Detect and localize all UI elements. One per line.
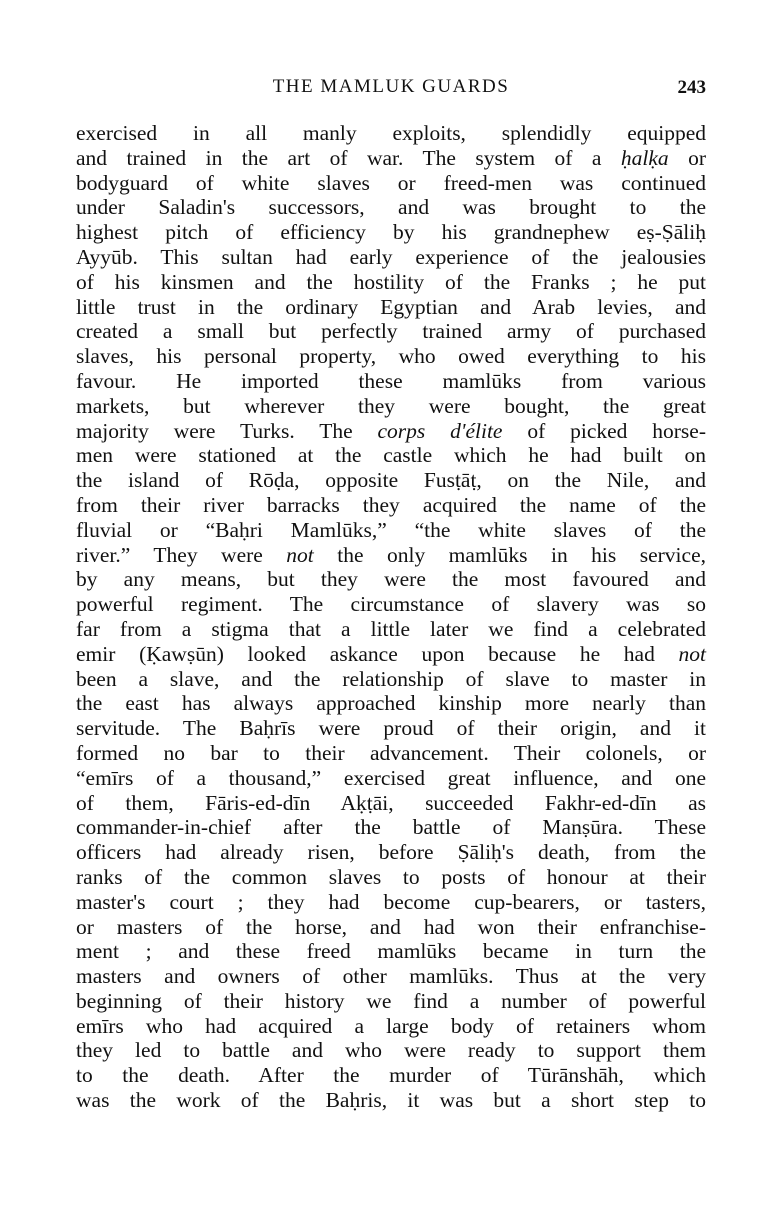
text-line: exercised in all manly exploits, splendi… [76, 121, 706, 146]
text-line: the east has always approached kinship m… [76, 691, 706, 716]
text-line: Ayyūb. This sultan had early experience … [76, 245, 706, 270]
text-line: river.” They were not the only mamlūks i… [76, 543, 706, 568]
text-line: of his kinsmen and the hostility of the … [76, 270, 706, 295]
text-line: bodyguard of white slaves or freed-men w… [76, 171, 706, 196]
running-title: THE MAMLUK GUARDS [76, 76, 706, 98]
text-line: or masters of the horse, and had won the… [76, 915, 706, 940]
text-line: ment ; and these freed mamlūks became in… [76, 939, 706, 964]
italic-phrase: not [679, 642, 706, 666]
italic-phrase: not [286, 543, 313, 567]
text-line: was the work of the Baḥris, it was but a… [76, 1088, 706, 1113]
text-line: and trained in the art of war. The syste… [76, 146, 706, 171]
text-line: masters and owners of other mamlūks. Thu… [76, 964, 706, 989]
book-page: THE MAMLUK GUARDS 243 exercised in all m… [0, 0, 780, 1226]
text-line: they led to battle and who were ready to… [76, 1038, 706, 1063]
text-line: officers had already risen, before Ṣāliḥ… [76, 840, 706, 865]
text-line: under Saladin's successors, and was brou… [76, 195, 706, 220]
text-line: beginning of their history we find a num… [76, 989, 706, 1014]
text-line: from their river barracks they acquired … [76, 493, 706, 518]
text-line: of them, Fāris-ed-dīn Aḳṭāi, succeeded F… [76, 791, 706, 816]
text-line: little trust in the ordinary Egyptian an… [76, 295, 706, 320]
text-line: ranks of the common slaves to posts of h… [76, 865, 706, 890]
text-line: by any means, but they were the most fav… [76, 567, 706, 592]
text-line: servitude. The Baḥrīs were proud of thei… [76, 716, 706, 741]
text-line: emir (Ḳawṣūn) looked askance upon becaus… [76, 642, 706, 667]
text-line: been a slave, and the relationship of sl… [76, 667, 706, 692]
text-line: created a small but perfectly trained ar… [76, 319, 706, 344]
text-line: majority were Turks. The corps d'élite o… [76, 419, 706, 444]
italic-phrase: corps d'élite [377, 419, 502, 443]
text-line: the island of Rōḍa, opposite Fusṭāṭ, on … [76, 468, 706, 493]
text-line: men were stationed at the castle which h… [76, 443, 706, 468]
italic-phrase: ḥalḳa [621, 146, 669, 170]
text-line: emīrs who had acquired a large body of r… [76, 1014, 706, 1039]
text-line: “emīrs of a thousand,” exercised great i… [76, 766, 706, 791]
text-line: master's court ; they had become cup-bea… [76, 890, 706, 915]
text-line: slaves, his personal property, who owed … [76, 344, 706, 369]
body-text: exercised in all manly exploits, splendi… [76, 121, 706, 1113]
text-line: highest pitch of efficiency by his grand… [76, 220, 706, 245]
text-line: powerful regiment. The circumstance of s… [76, 592, 706, 617]
page-number: 243 [678, 77, 707, 99]
text-line: favour. He imported these mamlūks from v… [76, 369, 706, 394]
running-head: THE MAMLUK GUARDS 243 [76, 74, 706, 102]
text-line: formed no bar to their advancement. Thei… [76, 741, 706, 766]
text-line: to the death. After the murder of Tūrāns… [76, 1063, 706, 1088]
text-line: far from a stigma that a little later we… [76, 617, 706, 642]
text-line: commander-in-chief after the battle of M… [76, 815, 706, 840]
text-line: fluvial or “Baḥri Mamlūks,” “the white s… [76, 518, 706, 543]
text-line: markets, but wherever they were bought, … [76, 394, 706, 419]
